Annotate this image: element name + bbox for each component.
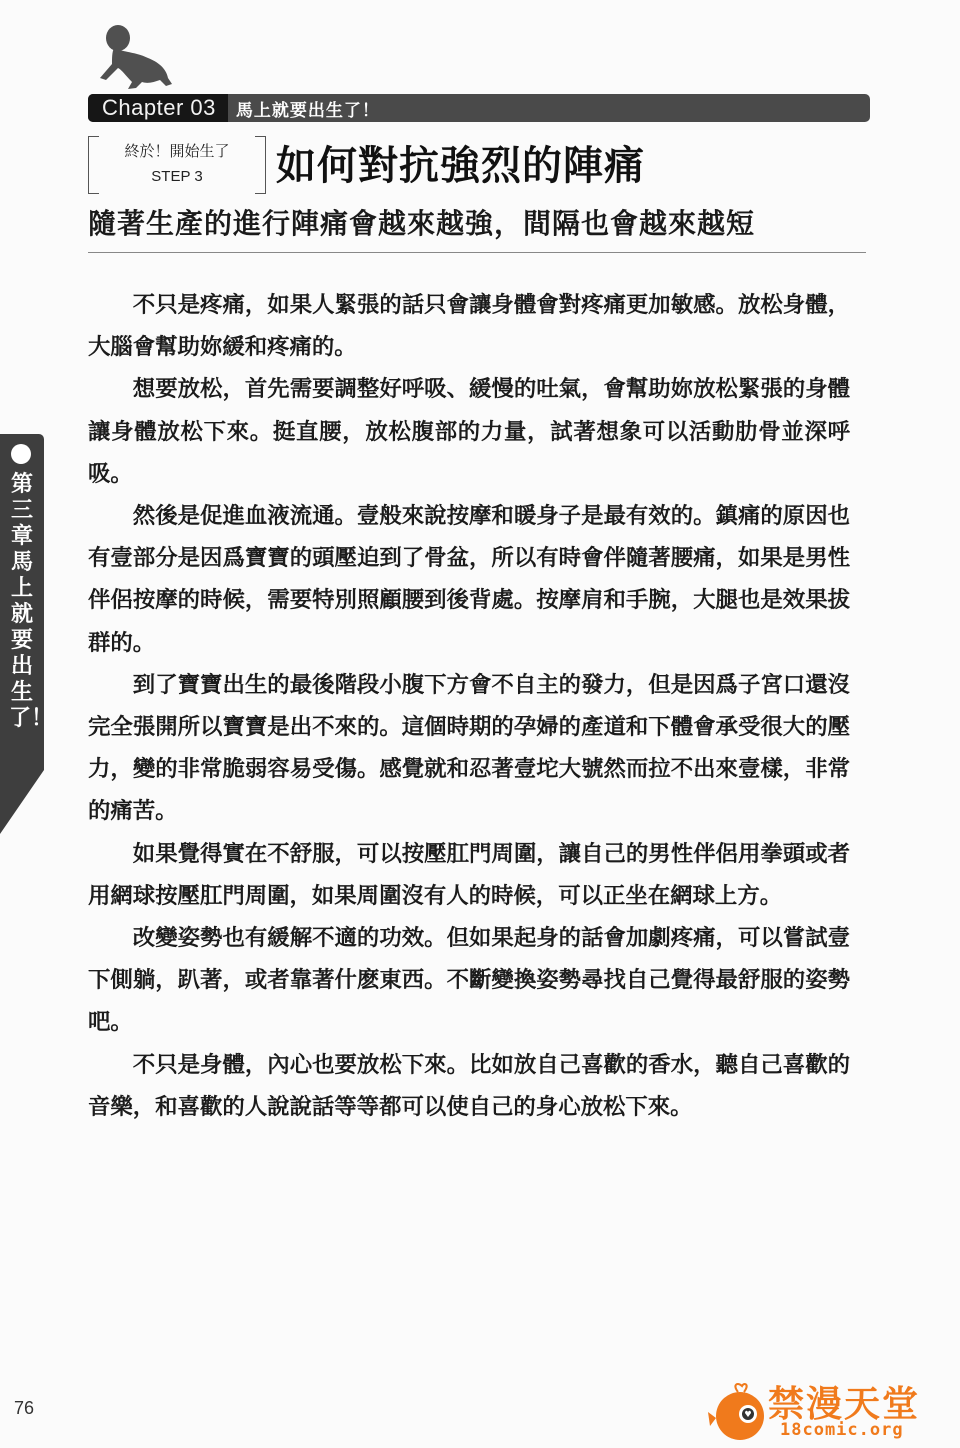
- bullet-icon: [11, 444, 31, 464]
- paragraph: 不只是疼痛，如果人緊張的話只會讓身體會對疼痛更加敏感。放松身體，大腦會幫助妳緩和…: [88, 284, 850, 368]
- side-tab-label: 第三章 馬上就要出生了！: [9, 472, 35, 732]
- body-text: 不只是疼痛，如果人緊張的話只會讓身體會對疼痛更加敏感。放松身體，大腦會幫助妳緩和…: [88, 284, 850, 1128]
- paragraph: 到了寶寶出生的最後階段小腹下方會不自主的發力，但是因爲子宮口還沒完全張開所以寶寶…: [88, 664, 850, 833]
- crawling-baby-icon: [96, 22, 174, 92]
- chapter-number: Chapter 03: [88, 94, 228, 122]
- divider: [88, 252, 866, 253]
- chapter-title: 馬上就要出生了！: [228, 96, 380, 121]
- step-number: STEP 3: [88, 168, 266, 185]
- paragraph: 改變姿勢也有緩解不適的功效。但如果起身的話會加劇疼痛，可以嘗試壹下側躺，趴著，或…: [88, 917, 850, 1044]
- paragraph: 想要放松，首先需要調整好呼吸、緩慢的吐氣，會幫助妳放松緊張的身體讓身體放松下來。…: [88, 368, 850, 495]
- watermark-url: 18comic.org: [780, 1420, 904, 1440]
- section-title: 如何對抗強烈的陣痛: [276, 134, 645, 191]
- step-label-box: 終於！開始生了 STEP 3: [88, 136, 266, 194]
- step-kicker: 終於！開始生了: [88, 140, 266, 161]
- watermark-logo: 禁漫天堂 18comic.org: [708, 1368, 928, 1444]
- whale-mascot-icon: [708, 1382, 768, 1442]
- page-number: 76: [14, 1398, 34, 1419]
- chapter-side-tab: 第三章 馬上就要出生了！: [0, 434, 44, 834]
- paragraph: 如果覺得實在不舒服，可以按壓肛門周圍，讓自己的男性伴侶用拳頭或者用網球按壓肛門周…: [88, 833, 850, 917]
- paragraph: 然後是促進血液流通。壹般來說按摩和暖身子是最有效的。鎮痛的原因也有壹部分是因爲寶…: [88, 495, 850, 664]
- section-subtitle: 隨著生產的進行陣痛會越來越強，間隔也會越來越短: [88, 202, 755, 242]
- paragraph: 不只是身體，內心也要放松下來。比如放自己喜歡的香水，聽自己喜歡的音樂，和喜歡的人…: [88, 1044, 850, 1128]
- chapter-header-bar: Chapter 03 馬上就要出生了！: [88, 94, 870, 122]
